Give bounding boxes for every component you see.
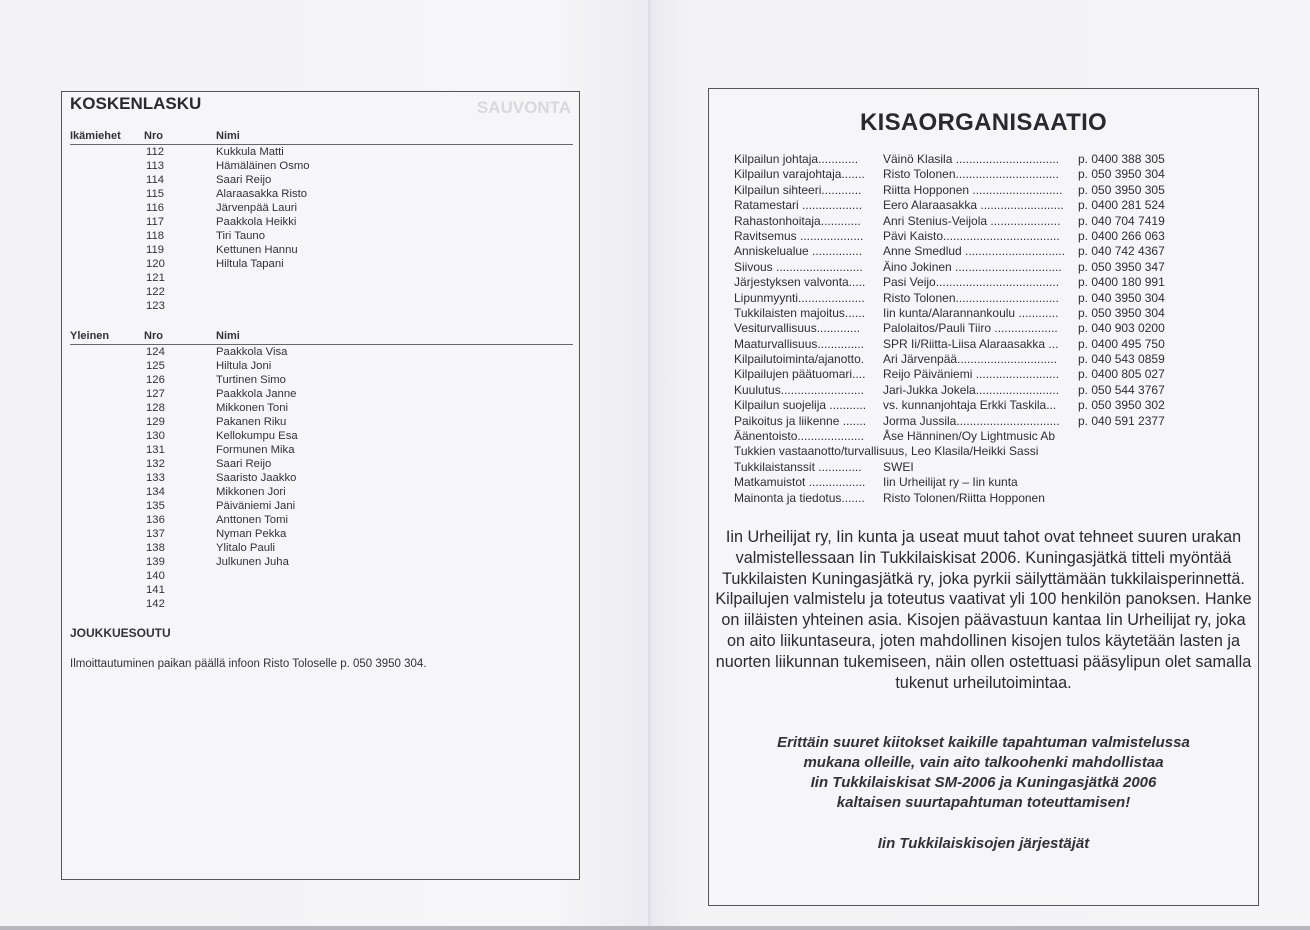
org-role: Matkamuistot ................. (734, 475, 865, 490)
yleinen-table: Yleinen Nro Nimi 124Paakkola Visa125Hilt… (62, 328, 579, 344)
org-role: Tukkilaisten majoitus...... (734, 306, 865, 321)
org-phone: p. 050 3950 305 (1078, 183, 1165, 198)
participant-number: 127 (146, 387, 165, 401)
org-row: Tukkilaisten majoitus......Iin kunta/Ala… (734, 306, 1234, 321)
participant-name: Saari Reijo (216, 457, 271, 471)
org-row: Järjestyksen valvonta.....Pasi Veijo....… (734, 275, 1234, 290)
org-person: Jorma Jussila...........................… (883, 414, 1060, 429)
org-row: Kilpailujen päätuomari....Reijo Päivänie… (734, 367, 1234, 382)
participant-name: Formunen Mika (216, 443, 294, 457)
participant-name: Hämäläinen Osmo (216, 159, 310, 173)
section-title: KOSKENLASKU (70, 94, 201, 114)
participant-number: 122 (146, 285, 165, 299)
org-role: Kilpailun sihteeri............ (734, 183, 861, 198)
table-row: 125Hiltula Joni (62, 359, 579, 373)
org-role: Järjestyksen valvonta..... (734, 275, 865, 290)
participant-number: 136 (146, 513, 165, 527)
org-person: Risto Tolonen...........................… (883, 291, 1059, 306)
team-section-title: JOUKKUESOUTU (70, 626, 171, 640)
org-person: Iin kunta/Alarannankoulu ............ (883, 306, 1058, 321)
org-phone: p. 040 591 2377 (1078, 414, 1165, 429)
org-row: Maaturvallisuus..............SPR Ii/Riit… (734, 337, 1234, 352)
participant-name: Turtinen Simo (216, 373, 286, 387)
org-role: Anniskelualue ............... (734, 244, 862, 259)
org-phone: p. 040 543 0859 (1078, 352, 1165, 367)
participant-name: Paakkola Janne (216, 387, 296, 401)
org-row: Anniskelualue ...............Anne Smedlu… (734, 244, 1234, 259)
org-phone: p. 0400 281 524 (1078, 198, 1165, 213)
col-nimi: Nimi (216, 330, 240, 342)
participant-name: Tiri Tauno (216, 229, 265, 243)
table-body: 112Kukkula Matti113Hämäläinen Osmo114Saa… (62, 145, 579, 313)
participant-name: Hiltula Joni (216, 359, 271, 373)
org-role: Kilpailujen päätuomari.... (734, 367, 865, 382)
org-row: Kilpailutoiminta/ajanotto.Ari Järvenpää.… (734, 352, 1234, 367)
col-nro: Nro (144, 330, 163, 342)
org-person: Risto Tolonen/Riitta Hopponen (883, 491, 1045, 506)
participant-name: Järvenpää Lauri (216, 201, 297, 215)
org-role: Vesiturvallisuus............. (734, 321, 860, 336)
org-row: Kilpailun varajohtaja.......Risto Tolone… (734, 167, 1234, 182)
participant-name: Mikkonen Jori (216, 485, 286, 499)
table-row: 118Tiri Tauno (62, 229, 579, 243)
participant-number: 130 (146, 429, 165, 443)
table-row: 117Paakkola Heikki (62, 215, 579, 229)
org-role: Kilpailutoiminta/ajanotto. (734, 352, 864, 367)
table-row: 113Hämäläinen Osmo (62, 159, 579, 173)
table-row: 126Turtinen Simo (62, 373, 579, 387)
participant-number: 116 (146, 201, 164, 215)
org-person: Eero Alaraasakka .......................… (883, 198, 1064, 213)
kisaorganisaatio-box: KISAORGANISAATIO Kilpailun johtaja......… (708, 88, 1259, 906)
participant-number: 115 (146, 187, 164, 201)
org-row: Matkamuistot .................Iin Urheil… (734, 475, 1234, 490)
organization-list: Kilpailun johtaja............Väinö Klasi… (734, 152, 1234, 506)
org-row: Kuulutus.........................Jari-Ju… (734, 383, 1234, 398)
table-row: 123 (62, 299, 579, 313)
org-row: Vesiturvallisuus.............Palolaitos/… (734, 321, 1234, 336)
participant-name: Kukkula Matti (216, 145, 284, 159)
org-person: vs. kunnanjohtaja Erkki Taskila... (883, 398, 1056, 413)
org-person: Risto Tolonen...........................… (883, 167, 1059, 182)
participant-name: Saari Reijo (216, 173, 271, 187)
participant-name: Mikkonen Toni (216, 401, 288, 415)
org-phone: p. 0400 805 027 (1078, 367, 1165, 382)
participant-name: Kettunen Hannu (216, 243, 298, 257)
participant-number: 134 (146, 485, 165, 499)
org-person: Ari Järvenpää...........................… (883, 352, 1057, 367)
org-row: Kilpailun suojelija ...........vs. kunna… (734, 398, 1234, 413)
table-row: 141 (62, 583, 579, 597)
show-through-title: SAUVONTA (477, 98, 571, 118)
org-person: Jari-Jukka Jokela.......................… (883, 383, 1059, 398)
org-row: Mainonta ja tiedotus.......Risto Tolonen… (734, 491, 1234, 506)
participant-number: 141 (146, 583, 165, 597)
org-phone: p. 050 3950 347 (1078, 260, 1165, 275)
org-person: Väinö Klasila ..........................… (883, 152, 1059, 167)
org-row: Tukkien vastaanotto/turvallisuus, Leo Kl… (734, 444, 1234, 459)
participant-name: Paakkola Heikki (216, 215, 296, 229)
ikamiehet-table: Ikämiehet Nro Nimi 112Kukkula Matti113Hä… (62, 128, 579, 144)
signature: Iin Tukkilaiskisojen järjestäjät (709, 835, 1258, 852)
participant-number: 118 (146, 229, 164, 243)
participant-number: 128 (146, 401, 165, 415)
table-row: 122 (62, 285, 579, 299)
participant-number: 132 (146, 457, 165, 471)
table-header: Ikämiehet Nro Nimi (62, 128, 579, 144)
org-row: Äänentoisto....................Åse Hänni… (734, 429, 1234, 444)
scan-bottom-edge (0, 926, 1310, 930)
participant-number: 117 (146, 215, 164, 229)
participant-number: 142 (146, 597, 165, 611)
org-person: Iin Urheilijat ry – Iin kunta (883, 475, 1018, 490)
org-role: Kuulutus......................... (734, 383, 864, 398)
org-person: SWEI (883, 460, 914, 475)
org-phone: p. 050 3950 304 (1078, 306, 1165, 321)
org-person: Palolaitos/Pauli Tiiro .................… (883, 321, 1058, 336)
table-row: 112Kukkula Matti (62, 145, 579, 159)
org-row: Siivous ..........................Äino J… (734, 260, 1234, 275)
thanks-line: Erittäin suuret kiitokset kaikille tapah… (729, 733, 1238, 753)
org-row: Paikoitus ja liikenne .......Jorma Jussi… (734, 414, 1234, 429)
thanks-paragraph: Erittäin suuret kiitokset kaikille tapah… (729, 733, 1238, 813)
org-phone: p. 040 3950 304 (1078, 291, 1165, 306)
org-person: Anri Stenius-Veijola ...................… (883, 214, 1060, 229)
table-row: 138Ylitalo Pauli (62, 541, 579, 555)
org-phone: p. 050 544 3767 (1078, 383, 1165, 398)
org-row: Rahastonhoitaja............Anri Stenius-… (734, 214, 1234, 229)
org-phone: p. 0400 180 991 (1078, 275, 1165, 290)
table-row: 130Kellokumpu Esa (62, 429, 579, 443)
table-header: Yleinen Nro Nimi (62, 328, 579, 344)
participant-number: 129 (146, 415, 165, 429)
org-role: Kilpailun suojelija ........... (734, 398, 866, 413)
org-role: Rahastonhoitaja............ (734, 214, 861, 229)
table-row: 132Saari Reijo (62, 457, 579, 471)
org-person: Äino Jokinen ...........................… (883, 260, 1062, 275)
org-role: Kilpailun varajohtaja....... (734, 167, 865, 182)
participant-number: 140 (146, 569, 165, 583)
table-row: 114Saari Reijo (62, 173, 579, 187)
participant-number: 114 (146, 173, 164, 187)
table-row: 137Nyman Pekka (62, 527, 579, 541)
participant-number: 139 (146, 555, 165, 569)
table-row: 116Järvenpää Lauri (62, 201, 579, 215)
org-row: Ratamestari ..................Eero Alara… (734, 198, 1234, 213)
table-row: 128Mikkonen Toni (62, 401, 579, 415)
table-row: 142 (62, 597, 579, 611)
org-role: Maaturvallisuus.............. (734, 337, 864, 352)
table-body: 124Paakkola Visa125Hiltula Joni126Turtin… (62, 345, 579, 611)
category-label: Yleinen (70, 330, 109, 342)
table-row: 129Pakanen Riku (62, 415, 579, 429)
table-row: 119Kettunen Hannu (62, 243, 579, 257)
org-role: Siivous .......................... (734, 260, 863, 275)
org-phone: p. 050 3950 304 (1078, 167, 1165, 182)
org-person: Åse Hänninen/Oy Lightmusic Ab (883, 429, 1055, 444)
participant-number: 120 (146, 257, 165, 271)
table-row: 139Julkunen Juha (62, 555, 579, 569)
col-nro: Nro (144, 130, 163, 142)
table-row: 127Paakkola Janne (62, 387, 579, 401)
org-full-line: Tukkien vastaanotto/turvallisuus, Leo Kl… (734, 444, 1038, 459)
table-row: 135Päiväniemi Jani (62, 499, 579, 513)
participant-number: 125 (146, 359, 165, 373)
org-phone: p. 040 742 4367 (1078, 244, 1165, 259)
org-person: Anne Smedlud ...........................… (883, 244, 1065, 259)
participant-name: Julkunen Juha (216, 555, 289, 569)
table-row: 121 (62, 271, 579, 285)
participant-number: 135 (146, 499, 165, 513)
thanks-line: mukana olleille, vain aito talkoohenki m… (729, 753, 1238, 773)
org-role: Mainonta ja tiedotus....... (734, 491, 865, 506)
org-role: Tukkilaistanssit ............. (734, 460, 862, 475)
col-nimi: Nimi (216, 130, 240, 142)
page-gutter (648, 0, 651, 930)
intro-paragraph: Iin Urheilijat ry, Iin kunta ja useat mu… (715, 527, 1252, 693)
org-role: Äänentoisto.................... (734, 429, 864, 444)
org-role: Lipunmyynti.................... (734, 291, 865, 306)
thanks-line: Iin Tukkilaiskisat SM-2006 ja Kuningasjä… (729, 773, 1238, 793)
participant-number: 138 (146, 541, 165, 555)
participant-name: Alaraasakka Risto (216, 187, 307, 201)
participant-number: 133 (146, 471, 165, 485)
participant-number: 121 (146, 271, 165, 285)
org-phone: p. 0400 495 750 (1078, 337, 1165, 352)
table-row: 131Formunen Mika (62, 443, 579, 457)
registration-note: Ilmoittautuminen paikan päällä infoon Ri… (70, 658, 427, 670)
org-row: Ravitsemus ...................Pävi Kaist… (734, 229, 1234, 244)
participant-number: 131 (146, 443, 165, 457)
table-row: 133Saaristo Jaakko (62, 471, 579, 485)
org-phone: p. 040 704 7419 (1078, 214, 1165, 229)
participant-name: Päiväniemi Jani (216, 499, 295, 513)
participant-name: Anttonen Tomi (216, 513, 288, 527)
category-label: Ikämiehet (70, 130, 121, 142)
participant-name: Kellokumpu Esa (216, 429, 298, 443)
org-person: Reijo Päiväniemi .......................… (883, 367, 1059, 382)
participant-number: 124 (146, 345, 165, 359)
org-person: SPR Ii/Riitta-Liisa Alaraasakka ... (883, 337, 1058, 352)
table-row: 134Mikkonen Jori (62, 485, 579, 499)
page-title: KISAORGANISAATIO (709, 109, 1258, 137)
thanks-line: kaltaisen suurtapahtuman toteuttamisen! (729, 793, 1238, 813)
org-role: Paikoitus ja liikenne ....... (734, 414, 866, 429)
org-row: Tukkilaistanssit .............SWEI (734, 460, 1234, 475)
participant-name: Saaristo Jaakko (216, 471, 296, 485)
participant-number: 119 (146, 243, 164, 257)
org-phone: p. 0400 388 305 (1078, 152, 1165, 167)
participant-name: Nyman Pekka (216, 527, 286, 541)
table-row: 140 (62, 569, 579, 583)
participant-name: Hiltula Tapani (216, 257, 284, 271)
org-role: Ratamestari .................. (734, 198, 862, 213)
participant-number: 113 (146, 159, 164, 173)
participant-number: 123 (146, 299, 165, 313)
table-row: 136Anttonen Tomi (62, 513, 579, 527)
participant-number: 126 (146, 373, 165, 387)
org-row: Lipunmyynti....................Risto Tol… (734, 291, 1234, 306)
table-row: 124Paakkola Visa (62, 345, 579, 359)
org-person: Pasi Veijo..............................… (883, 275, 1059, 290)
org-phone: p. 050 3950 302 (1078, 398, 1165, 413)
koskenlasku-box: SAUVONTA KOSKENLASKU Ikämiehet Nro Nimi … (61, 91, 580, 880)
org-role: Ravitsemus ................... (734, 229, 863, 244)
org-row: Kilpailun johtaja............Väinö Klasi… (734, 152, 1234, 167)
org-person: Riitta Hopponen ........................… (883, 183, 1062, 198)
org-person: Pävi Kaisto.............................… (883, 229, 1060, 244)
table-row: 120Hiltula Tapani (62, 257, 579, 271)
participant-name: Pakanen Riku (216, 415, 286, 429)
participant-number: 137 (146, 527, 165, 541)
participant-name: Ylitalo Pauli (216, 541, 275, 555)
org-phone: p. 040 903 0200 (1078, 321, 1165, 336)
participant-name: Paakkola Visa (216, 345, 287, 359)
org-row: Kilpailun sihteeri............Riitta Hop… (734, 183, 1234, 198)
participant-number: 112 (146, 145, 164, 159)
table-row: 115Alaraasakka Risto (62, 187, 579, 201)
org-role: Kilpailun johtaja............ (734, 152, 858, 167)
org-phone: p. 0400 266 063 (1078, 229, 1165, 244)
